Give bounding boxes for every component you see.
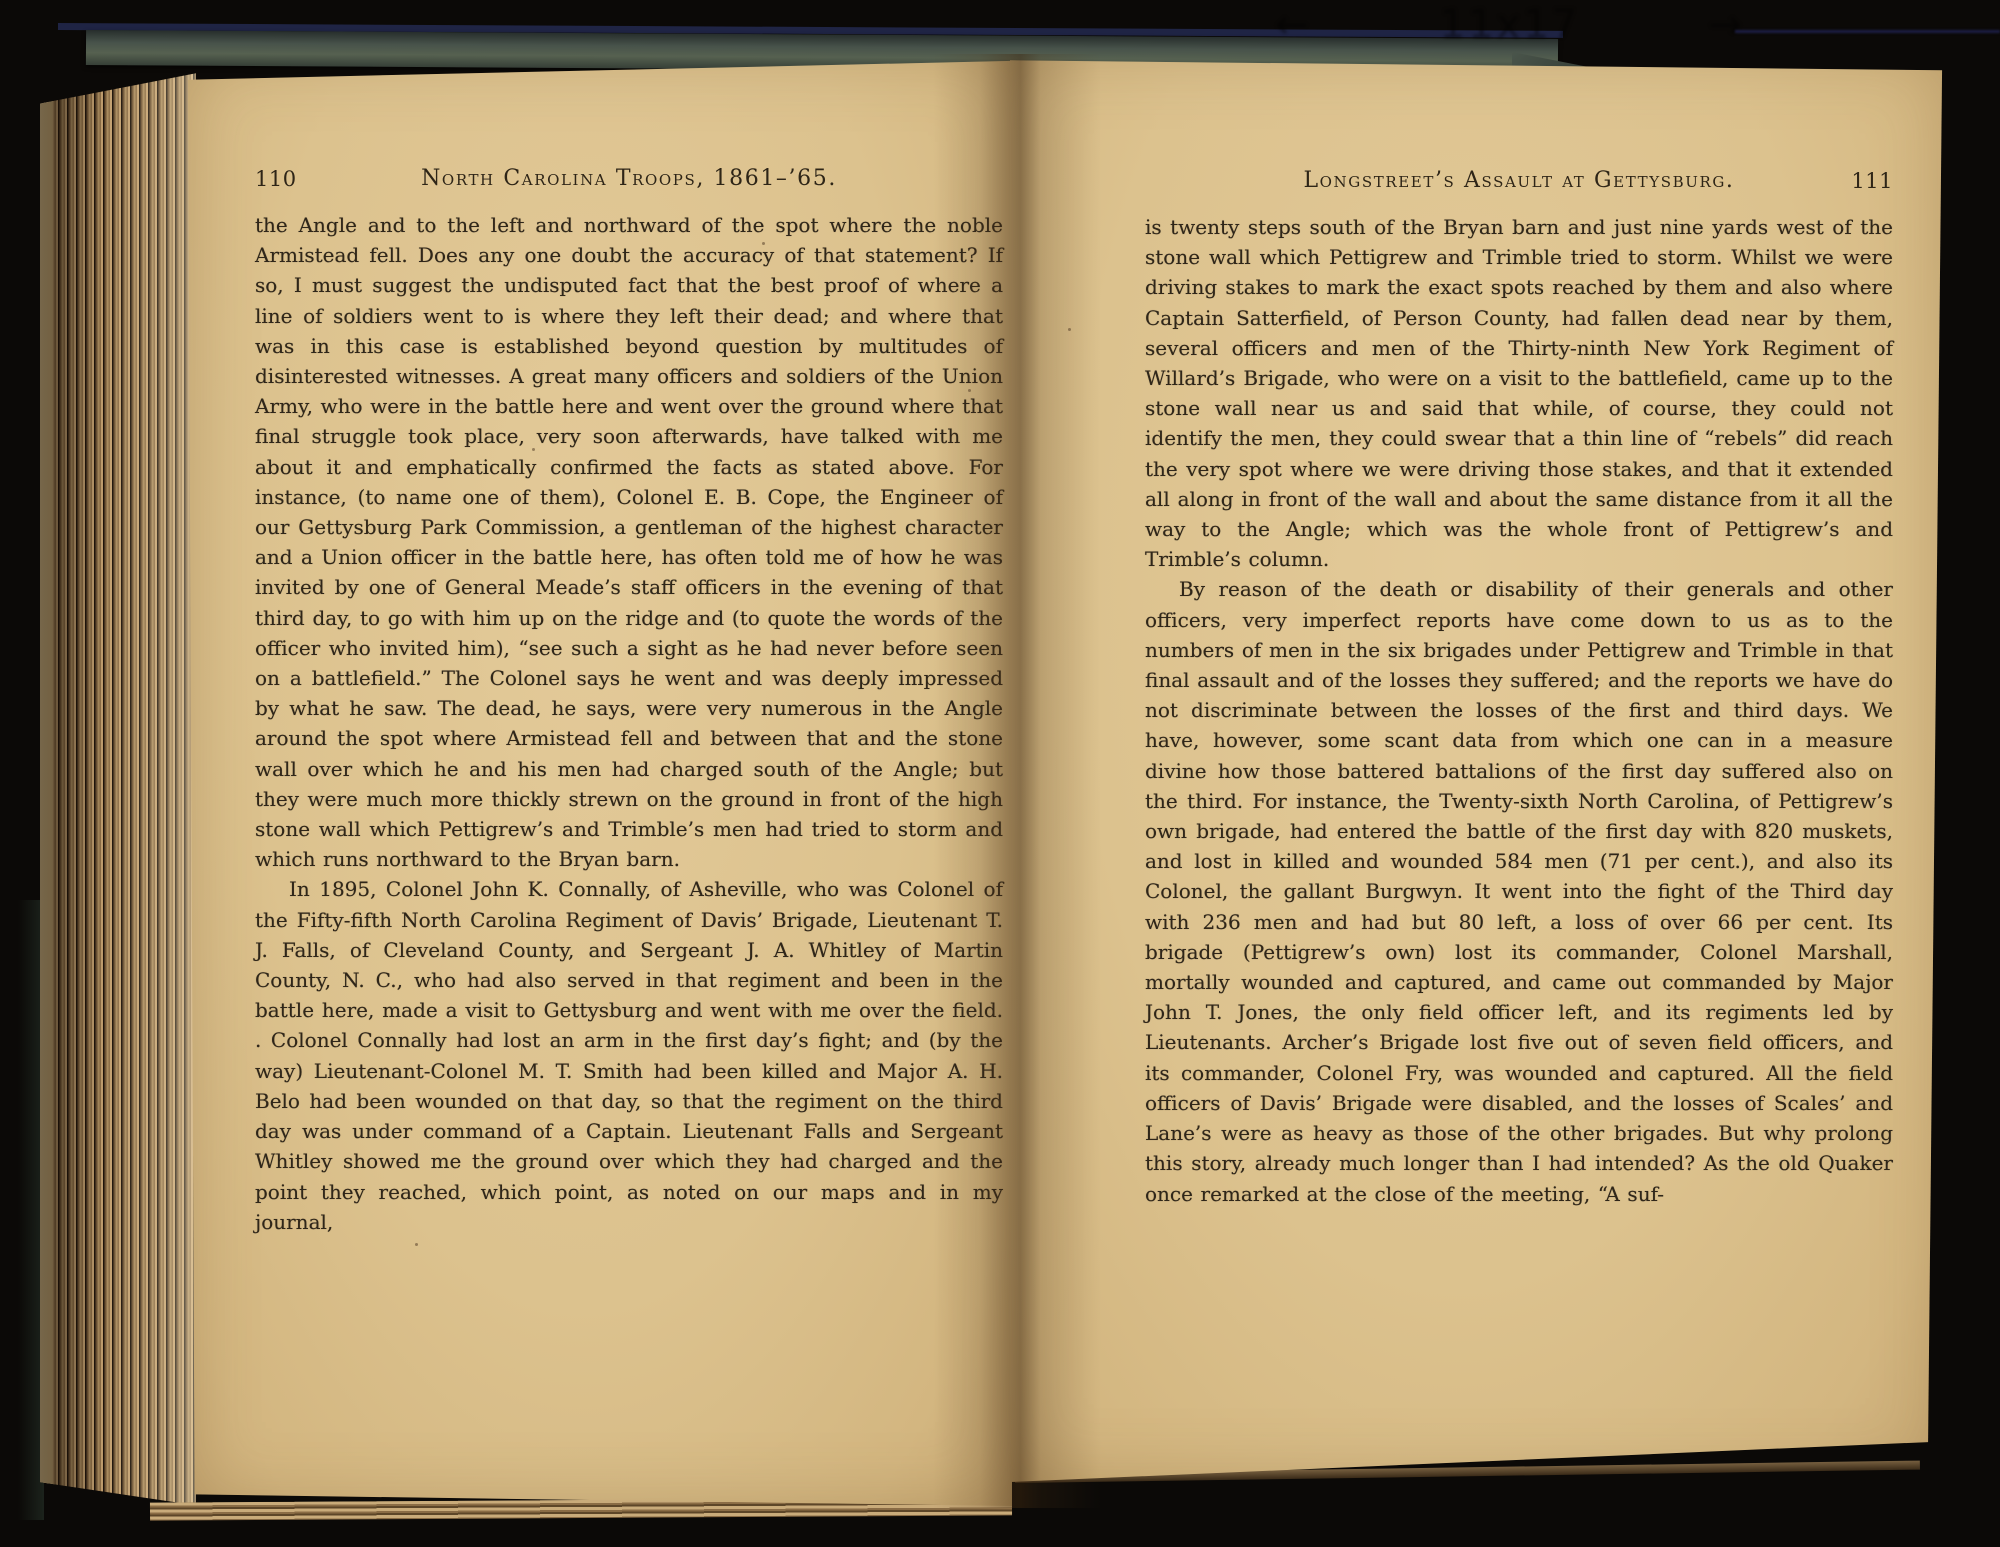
handwritten-line-mark: [1735, 30, 2000, 33]
right-page-body: is twenty steps south of the Bryan barn …: [1145, 212, 1893, 1209]
photo-black-background: ← 11x17 → 110 North Carolina Troops, 186…: [0, 0, 2000, 1547]
paper-speck: [1068, 328, 1071, 331]
paper-speck: [1736, 1138, 1739, 1141]
paragraph: is twenty steps south of the Bryan barn …: [1145, 212, 1893, 574]
paper-speck: [762, 242, 765, 245]
left-arrow-mark: ←: [1275, 2, 1312, 48]
left-page-surface: 110 North Carolina Troops, 1861–’65. the…: [188, 58, 1012, 1506]
paper-speck: [968, 389, 971, 392]
right-page-surface: Longstreet’s Assault at Gettysburg. 111 …: [1010, 56, 1943, 1482]
right-running-title: Longstreet’s Assault at Gettysburg.: [1303, 168, 1734, 193]
left-page: 110 North Carolina Troops, 1861–’65. the…: [188, 58, 1012, 1506]
paragraph: the Angle and to the left and northward …: [255, 210, 1003, 874]
left-page-body: the Angle and to the left and northward …: [255, 210, 1003, 1237]
handwritten-size-note: ← 11x17 →: [1275, 2, 1745, 48]
paragraph: In 1895, Colonel John K. Connally, of As…: [255, 874, 1003, 1236]
left-page-stack-fore-edge: [40, 66, 196, 1514]
left-page-number: 110: [255, 166, 297, 192]
paper-speck: [532, 448, 535, 451]
paragraph: By reason of the death or disability of …: [1145, 574, 1893, 1208]
paper-speck: [1300, 775, 1303, 778]
left-running-head: 110 North Carolina Troops, 1861–’65.: [255, 166, 1003, 196]
paper-speck: [415, 1243, 418, 1246]
right-page-number: 111: [1851, 168, 1893, 194]
right-page: Longstreet’s Assault at Gettysburg. 111 …: [1010, 56, 1943, 1482]
left-running-title: North Carolina Troops, 1861–’65.: [421, 166, 837, 191]
right-running-head: Longstreet’s Assault at Gettysburg. 111: [1145, 168, 1893, 198]
right-arrow-mark: →: [1708, 2, 1745, 48]
paper-speck: [1642, 318, 1645, 321]
size-note-text: 11x17: [1440, 2, 1580, 48]
